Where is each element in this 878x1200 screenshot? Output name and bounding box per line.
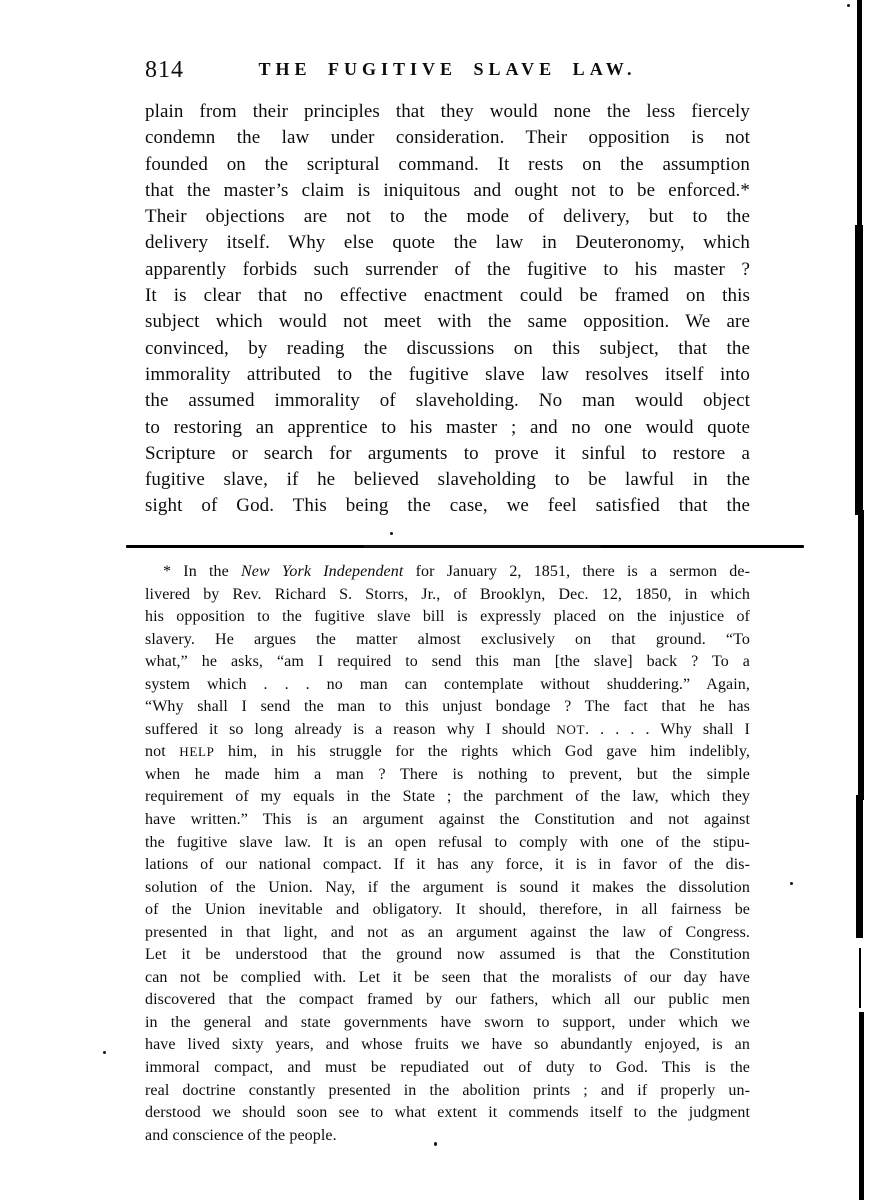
- footnote-line: in the general and state governments hav…: [145, 1012, 750, 1035]
- footnote-line: not HELP him, in his struggle for the ri…: [145, 741, 750, 764]
- footnote-line: Let it be understood that the ground now…: [145, 944, 750, 967]
- body-text: plain from their principles that they wo…: [145, 99, 750, 520]
- italic-text: New York Independent: [241, 563, 403, 580]
- body-line: Their objections are not to the mode of …: [145, 204, 750, 230]
- footnote-text: * In the New York Independent for Januar…: [145, 561, 750, 1147]
- body-line: the assumed immorality of slaveholding. …: [145, 388, 750, 414]
- footnote-line: when he made him a man ? There is nothin…: [145, 764, 750, 787]
- footnote-line: suffered it so long already is a reason …: [145, 719, 750, 742]
- text-segment: him, in his struggle for the rights whic…: [214, 743, 750, 760]
- body-line: to restoring an apprentice to his master…: [145, 415, 750, 441]
- body-line: founded on the scriptural command. It re…: [145, 152, 750, 178]
- page-header: 814 THE FUGITIVE SLAVE LAW.: [145, 56, 750, 86]
- scan-gutter-line: [857, 0, 862, 230]
- text-segment: suffered it so long already is a reason …: [145, 721, 556, 738]
- body-line: condemn the law under consideration. The…: [145, 125, 750, 151]
- body-line: immorality attributed to the fugitive sl…: [145, 362, 750, 388]
- scan-speck: [847, 4, 850, 7]
- footnote-line: what,” he asks, “am I required to send t…: [145, 651, 750, 674]
- footnote-line: presented in that light, and not as an a…: [145, 922, 750, 945]
- footnote-line: slavery. He argues the matter almost exc…: [145, 629, 750, 652]
- scan-gutter-line: [858, 510, 864, 800]
- footnote-line: lations of our national compact. If it h…: [145, 854, 750, 877]
- footnote-line: can not be complied with. Let it be seen…: [145, 967, 750, 990]
- footnote-line: solution of the Union. Nay, if the argum…: [145, 877, 750, 900]
- footnote-line: real doctrine constantly presented in th…: [145, 1080, 750, 1103]
- body-line: sight of God. This being the case, we fe…: [145, 493, 750, 519]
- footnote-divider: [126, 545, 804, 548]
- text-segment: . . . . . Why shall I: [585, 721, 750, 738]
- text-segment: for January 2, 1851, there is a sermon d…: [403, 563, 750, 580]
- footnote-line: and conscience of the people.: [145, 1125, 750, 1148]
- body-line: subject which would not meet with the sa…: [145, 309, 750, 335]
- footnote-line: system which . . . no man can contemplat…: [145, 674, 750, 697]
- scan-speck: [790, 882, 793, 885]
- scan-speck: [434, 1142, 437, 1146]
- body-line: convinced, by reading the discussions on…: [145, 336, 750, 362]
- footnote-line: * In the New York Independent for Januar…: [145, 561, 750, 584]
- body-line: It is clear that no effective enactment …: [145, 283, 750, 309]
- footnote-line: have written.” This is an argument again…: [145, 809, 750, 832]
- footnote-line: of the Union inevitable and obligatory. …: [145, 899, 750, 922]
- footnote-line: discovered that the compact framed by ou…: [145, 989, 750, 1012]
- footnote-line: his opposition to the fugitive slave bil…: [145, 606, 750, 629]
- body-line: Scripture or search for arguments to pro…: [145, 441, 750, 467]
- body-line: delivery itself. Why else quote the law …: [145, 230, 750, 256]
- book-page: 814 THE FUGITIVE SLAVE LAW. plain from t…: [0, 0, 878, 1200]
- footnote-line: livered by Rev. Richard S. Storrs, Jr., …: [145, 584, 750, 607]
- body-line: apparently forbids such surrender of the…: [145, 257, 750, 283]
- small-caps-text: HELP: [179, 744, 214, 759]
- text-segment: not: [145, 743, 179, 760]
- small-caps-text: NOT: [556, 722, 585, 737]
- body-line: plain from their principles that they wo…: [145, 99, 750, 125]
- running-title: THE FUGITIVE SLAVE LAW.: [258, 59, 636, 80]
- footnote-line: have lived sixty years, and whose fruits…: [145, 1034, 750, 1057]
- scan-gutter-line: [856, 795, 863, 938]
- footnote-line: “Why shall I send the man to this unjust…: [145, 696, 750, 719]
- scan-speck: [103, 1051, 106, 1054]
- scan-speck: [390, 532, 393, 535]
- footnote-line: immoral compact, and must be repudiated …: [145, 1057, 750, 1080]
- scan-gutter-line: [859, 948, 861, 1008]
- page-number: 814: [145, 57, 184, 84]
- footnote-line: derstood we should soon see to what exte…: [145, 1102, 750, 1125]
- scan-gutter-line: [855, 225, 863, 515]
- footnote-line: the fugitive slave law. It is an open re…: [145, 832, 750, 855]
- body-line: fugitive slave, if he believed slavehold…: [145, 467, 750, 493]
- scan-gutter-line: [859, 1012, 864, 1200]
- body-line: that the master’s claim is iniquitous an…: [145, 178, 750, 204]
- text-segment: * In the: [163, 563, 241, 580]
- footnote-line: requirement of my equals in the State ; …: [145, 786, 750, 809]
